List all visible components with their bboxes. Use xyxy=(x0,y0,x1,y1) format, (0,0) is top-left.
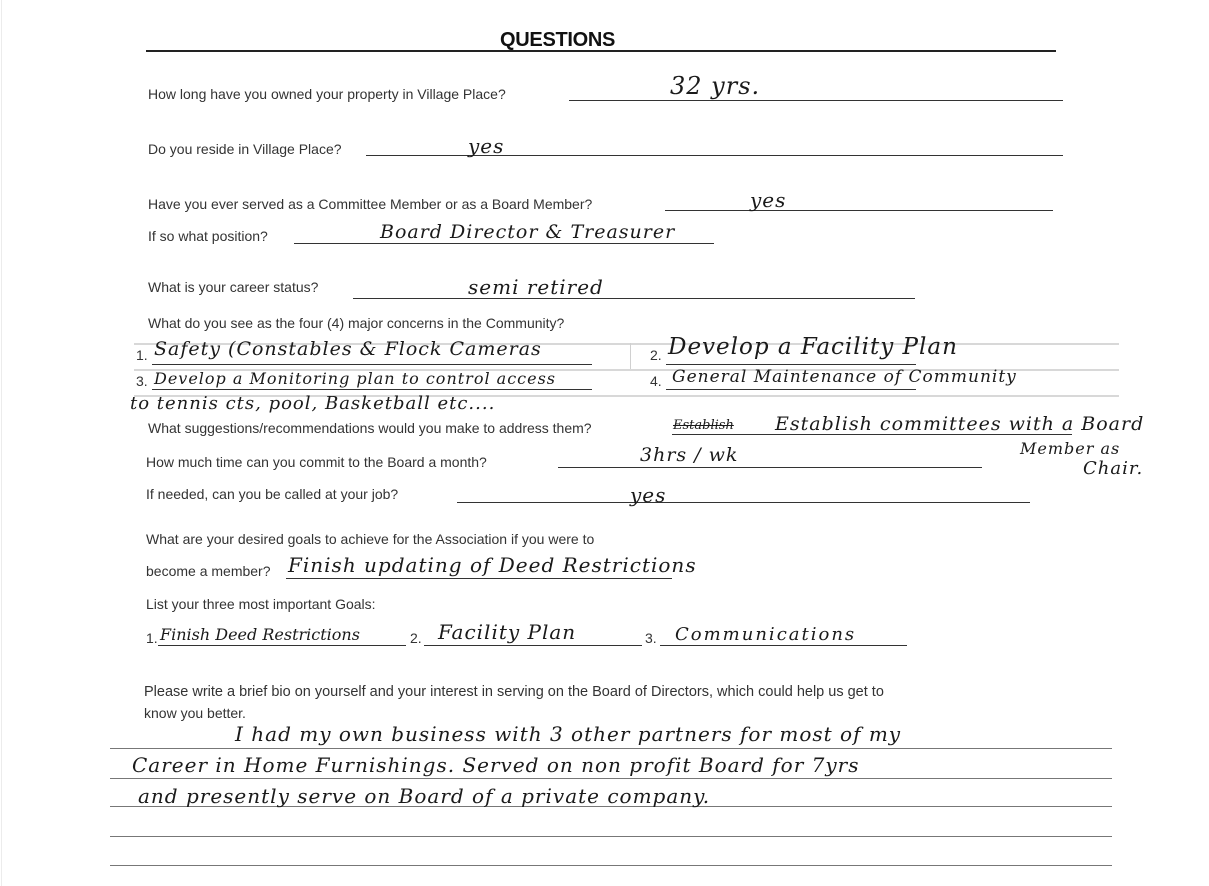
time-label: How much time can you commit to the Boar… xyxy=(146,454,487,470)
suggestions-struck-word: Establish xyxy=(673,418,734,433)
concern-2-answer[interactable]: Develop a Facility Plan xyxy=(668,334,958,360)
concern-2-number: 2. xyxy=(650,347,662,363)
bio-text-line2[interactable]: Career in Home Furnishings. Served on no… xyxy=(132,753,859,777)
served-answer[interactable]: yes xyxy=(750,188,786,212)
concerns-column-divider xyxy=(630,343,631,369)
goal-1-line xyxy=(158,645,406,646)
bio-text-line3[interactable]: and presently serve on Board of a privat… xyxy=(138,784,710,808)
goals-label-line2: become a member? xyxy=(146,563,271,579)
goal-3-answer[interactable]: Communications xyxy=(675,624,856,645)
concern-1-number: 1. xyxy=(136,347,148,363)
career-answer[interactable]: semi retired xyxy=(468,275,604,299)
career-field-line xyxy=(353,298,915,299)
concern-2-line xyxy=(666,364,916,365)
suggestions-answer-line2: Member as xyxy=(1020,439,1120,458)
title-divider xyxy=(146,50,1056,52)
concern-4-line xyxy=(666,389,916,390)
bio-line-2 xyxy=(110,778,1112,779)
page-edge xyxy=(1,0,2,886)
goal-2-number: 2. xyxy=(410,630,422,646)
served-label: Have you ever served as a Committee Memb… xyxy=(148,196,592,212)
bio-text-line1[interactable]: I had my own business with 3 other partn… xyxy=(235,722,901,746)
career-label: What is your career status? xyxy=(148,279,318,295)
concern-3-number: 3. xyxy=(136,373,148,389)
goal-1-number: 1. xyxy=(146,630,158,646)
position-field-line xyxy=(294,243,714,244)
time-answer[interactable]: 3hrs / wk xyxy=(640,444,738,466)
bio-label-line1: Please write a brief bio on yourself and… xyxy=(144,684,884,700)
page-title: QUESTIONS xyxy=(500,29,615,52)
suggestions-label: What suggestions/recommendations would y… xyxy=(148,420,592,436)
concerns-label: What do you see as the four (4) major co… xyxy=(148,315,564,331)
job-label: If needed, can you be called at your job… xyxy=(146,486,398,502)
goal-2-answer[interactable]: Facility Plan xyxy=(438,620,576,644)
concern-1-line xyxy=(152,364,592,365)
concern-3-line xyxy=(152,389,592,390)
goal-2-line xyxy=(424,645,642,646)
concern-4-answer[interactable]: General Maintenance of Community xyxy=(672,367,1017,387)
time-field-line xyxy=(558,467,982,468)
ownership-field-line xyxy=(569,100,1063,101)
reside-label: Do you reside in Village Place? xyxy=(148,141,342,157)
ownership-answer[interactable]: 32 yrs. xyxy=(670,72,760,100)
goals-label-line1: What are your desired goals to achieve f… xyxy=(146,531,594,547)
position-label: If so what position? xyxy=(148,228,268,244)
three-goals-label: List your three most important Goals: xyxy=(146,596,376,612)
bio-label-line2: know you better. xyxy=(144,705,246,721)
concern-1-answer[interactable]: Safety (Constables & Flock Cameras xyxy=(154,338,542,360)
suggestions-answer-line3: Chair. xyxy=(1083,458,1143,479)
bio-line-1 xyxy=(110,748,1112,749)
goal-1-answer[interactable]: Finish Deed Restrictions xyxy=(160,625,360,644)
position-answer[interactable]: Board Director & Treasurer xyxy=(380,221,675,243)
goal-3-line xyxy=(660,645,907,646)
bio-line-5 xyxy=(110,865,1112,866)
reside-answer[interactable]: yes xyxy=(468,134,504,158)
goals-field-line xyxy=(286,578,672,579)
concern-4-number: 4. xyxy=(650,373,662,389)
ownership-label: How long have you owned your property in… xyxy=(148,86,506,102)
job-field-line xyxy=(457,502,1030,503)
concern-3-continuation: to tennis cts, pool, Basketball etc.... xyxy=(130,393,495,414)
suggestions-answer-line1[interactable]: Establish committees with a Board xyxy=(775,413,1144,435)
job-answer[interactable]: yes xyxy=(630,483,666,507)
served-field-line xyxy=(665,210,1053,211)
goal-3-number: 3. xyxy=(645,630,657,646)
bio-line-4 xyxy=(110,836,1112,837)
concern-3-answer[interactable]: Develop a Monitoring plan to control acc… xyxy=(154,369,556,388)
goals-answer[interactable]: Finish updating of Deed Restrictions xyxy=(288,553,697,577)
